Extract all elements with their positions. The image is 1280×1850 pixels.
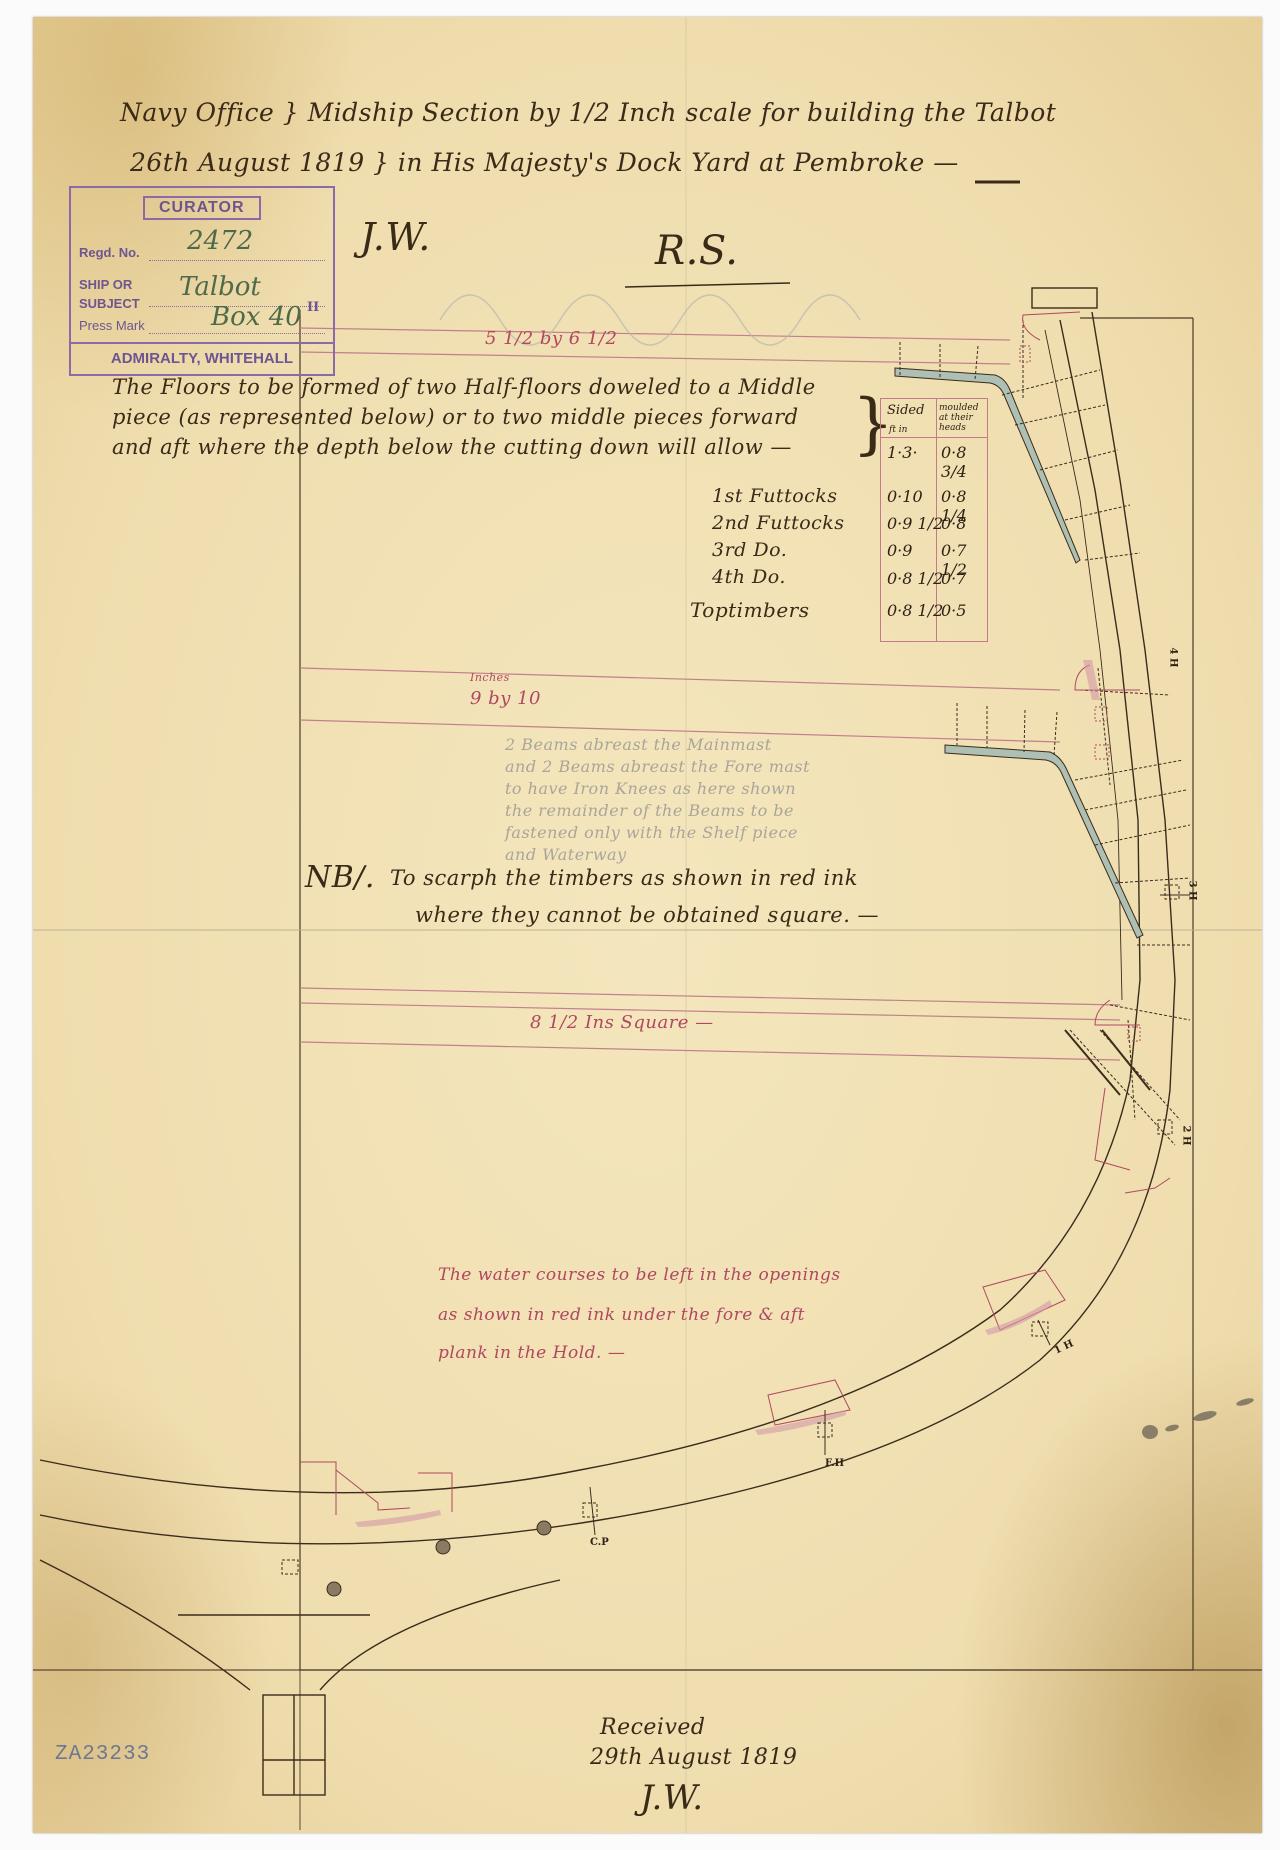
beams-note-line-5: fastened only with the Shelf piece bbox=[505, 823, 798, 842]
stamp-regd-value: 2472 bbox=[187, 226, 253, 256]
lower-deck-scantling: 8 1/2 Ins Square — bbox=[530, 1012, 714, 1033]
header-sided-units: ft in bbox=[889, 425, 907, 435]
frame-mark-cp: C.P bbox=[590, 1537, 609, 1548]
frame-mark-2h: 2 H bbox=[1180, 1126, 1191, 1146]
water-courses-line-3: plank in the Hold. — bbox=[438, 1343, 625, 1363]
stamp-ship-label-1: SHIP OR bbox=[79, 277, 132, 292]
middle-deck-prefix: Inches bbox=[470, 671, 510, 684]
futtock4-moulded: 0·7 bbox=[941, 569, 966, 588]
title-line-2: 26th August 1819 } in His Majesty's Dock… bbox=[130, 148, 959, 177]
futtock2-moulded: 0·8 bbox=[941, 514, 966, 533]
water-courses-line-1: The water courses to be left in the open… bbox=[438, 1265, 841, 1285]
futtock2-sided: 0·9 1/2 bbox=[887, 514, 943, 533]
toptimber-moulded: 0·5 bbox=[941, 601, 966, 620]
received-initials: J.W. bbox=[640, 1778, 704, 1818]
middle-deck-scantling: 9 by 10 bbox=[470, 688, 541, 709]
beams-note-line-1: 2 Beams abreast the Mainmast bbox=[505, 735, 772, 754]
beams-note-line-4: the remainder of the Beams to be bbox=[505, 801, 794, 820]
scantling-label-3: 3rd Do. bbox=[712, 539, 787, 561]
received-label: Received bbox=[600, 1715, 706, 1740]
toptimber-sided: 0·8 1/2 bbox=[887, 601, 943, 620]
initials-right: R.S. bbox=[655, 228, 739, 274]
scantling-label-4: 4th Do. bbox=[712, 566, 786, 588]
stamp-press-value: Box 40 bbox=[211, 302, 302, 332]
upper-deck-scantling: 5 1/2 by 6 1/2 bbox=[485, 328, 617, 349]
scantlings-table: Sided ft in moulded at their heads 1·3· … bbox=[880, 398, 988, 642]
stamp-ship-value: Talbot bbox=[179, 272, 261, 302]
futtock3-sided: 0·9 bbox=[887, 541, 912, 560]
initials-left: J.W. bbox=[360, 215, 431, 259]
received-date: 29th August 1819 bbox=[590, 1745, 797, 1770]
gunwale-cap bbox=[1032, 288, 1097, 308]
stamp-press-suffix: II bbox=[307, 300, 319, 315]
stamp-footer: ADMIRALTY, WHITEHALL bbox=[71, 342, 333, 374]
header-sided: Sided bbox=[887, 403, 924, 418]
limber-hole bbox=[537, 1521, 551, 1535]
floors-note-line-1: The Floors to be formed of two Half-floo… bbox=[112, 375, 816, 399]
floors-moulded: 0·8 3/4 bbox=[941, 443, 987, 481]
scantling-label-1: 1st Futtocks bbox=[712, 485, 838, 507]
nb-line-1: To scarph the timbers as shown in red in… bbox=[390, 866, 858, 890]
floors-note-line-2: piece (as represented below) or to two m… bbox=[112, 405, 799, 429]
nb-line-2: where they cannot be obtained square. — bbox=[415, 903, 879, 927]
limber-hole bbox=[436, 1540, 450, 1554]
water-courses-line-2: as shown in red ink under the fore & aft bbox=[438, 1305, 805, 1325]
beams-note-line-2: and 2 Beams abreast the Fore mast bbox=[505, 757, 810, 776]
archive-reference: ZA23233 bbox=[55, 1743, 150, 1766]
curator-stamp: CURATOR Regd. No. 2472 SHIP OR SUBJECT T… bbox=[69, 186, 335, 376]
futtock1-sided: 0·10 bbox=[887, 487, 923, 506]
limber-hole bbox=[327, 1582, 341, 1596]
futtock4-sided: 0·8 1/2 bbox=[887, 569, 943, 588]
title-line-1: Navy Office } Midship Section by 1/2 Inc… bbox=[120, 98, 1056, 127]
scantling-label-2: 2nd Futtocks bbox=[712, 512, 845, 534]
beams-note-line-6: and Waterway bbox=[505, 845, 627, 864]
frame-mark-4h: 4 H bbox=[1167, 648, 1178, 668]
stamp-ship-label-2: SUBJECT bbox=[79, 296, 140, 311]
scantling-label-5: Toptimbers bbox=[690, 598, 810, 622]
frame-mark-fh: F.H bbox=[825, 1458, 844, 1469]
stamp-press-label: Press Mark bbox=[79, 318, 145, 333]
stamp-regd-label: Regd. No. bbox=[79, 245, 140, 260]
nb-label: NB/. bbox=[305, 860, 375, 895]
floors-sided: 1·3· bbox=[887, 443, 918, 462]
header-moulded: moulded at their heads bbox=[939, 403, 985, 433]
floors-note-line-3: and aft where the depth below the cuttin… bbox=[112, 435, 792, 459]
frame-mark-3h: 3 H bbox=[1186, 881, 1197, 901]
stamp-curator-header: CURATOR bbox=[143, 196, 261, 220]
beams-note-line-3: to have Iron Knees as here shown bbox=[505, 779, 796, 798]
